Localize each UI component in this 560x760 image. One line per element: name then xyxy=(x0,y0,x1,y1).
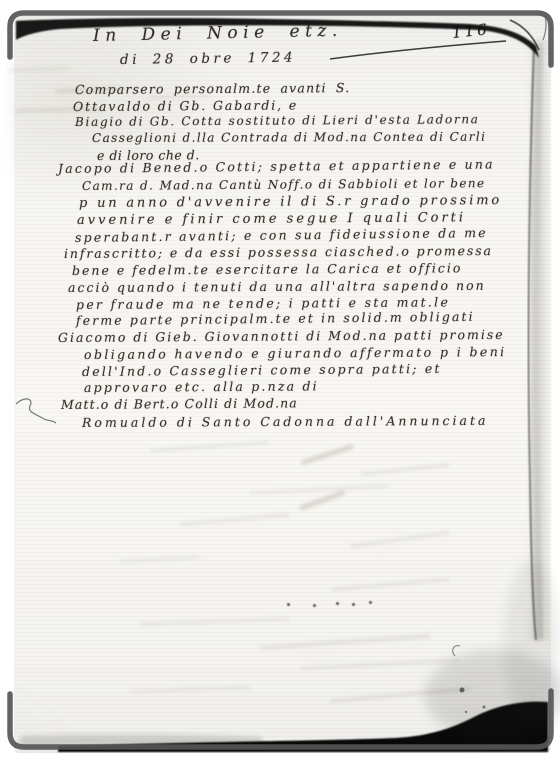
manuscript-line: Jacopo di Bened.o Cotti; spetta et appar… xyxy=(58,156,495,176)
archival-scan-screenshot: In Dei Noie etz.di 28 obre 1724Comparser… xyxy=(0,0,560,760)
manuscript-line: obligando havendo e giurando affermato p… xyxy=(84,344,507,362)
manuscript-line: di 28 obre 1724 xyxy=(120,50,296,68)
manuscript-line: approvaro etc. alla p.nza di xyxy=(84,378,319,395)
manuscript-line: Giacomo di Gieb. Giovannotti di Mod.na p… xyxy=(58,327,505,345)
manuscript-line: Ottavaldo di Gb. Gabardi, e xyxy=(73,97,298,114)
ink-dot xyxy=(313,604,316,607)
manuscript-line: dell'Ind.o Casseglieri come sopra patti;… xyxy=(82,361,442,379)
manuscript-line: In Dei Noie etz. xyxy=(93,21,343,46)
ink-dot xyxy=(369,601,372,604)
manuscript-line: sperabant.r avanti; e con sua fideiussio… xyxy=(75,225,488,245)
manuscript-line: ferme parte principalm.te et in solid.m … xyxy=(76,309,475,328)
manuscript-line: p un anno d'avvenire il di S.r grado pro… xyxy=(79,193,502,211)
manuscript-line: acciò quando i tenuti da una all'altra s… xyxy=(68,278,486,295)
ink-dot xyxy=(287,603,290,606)
manuscript-line: bene e fedelm.te esercitare la Carica et… xyxy=(72,260,462,278)
manuscript-line: Cam.ra d. Mad.na Cantù Noff.o di Sabbiol… xyxy=(82,176,486,193)
manuscript-line: Casseglioni d.lla Contrada di Mod.na Con… xyxy=(92,130,486,145)
manuscript-line: Romualdo di Santo Cadonna dall'Annunciat… xyxy=(82,413,489,430)
ink-dot xyxy=(336,602,339,605)
manuscript-line: infrascritto; e da essi possessa ciasche… xyxy=(64,243,493,261)
manuscript-line: Biagio di Gb. Cotta sostituto di Lieri d… xyxy=(75,112,480,129)
manuscript-line: Matt.o di Bert.o Colli di Mod.na xyxy=(61,395,298,412)
ink-dot xyxy=(352,603,355,606)
